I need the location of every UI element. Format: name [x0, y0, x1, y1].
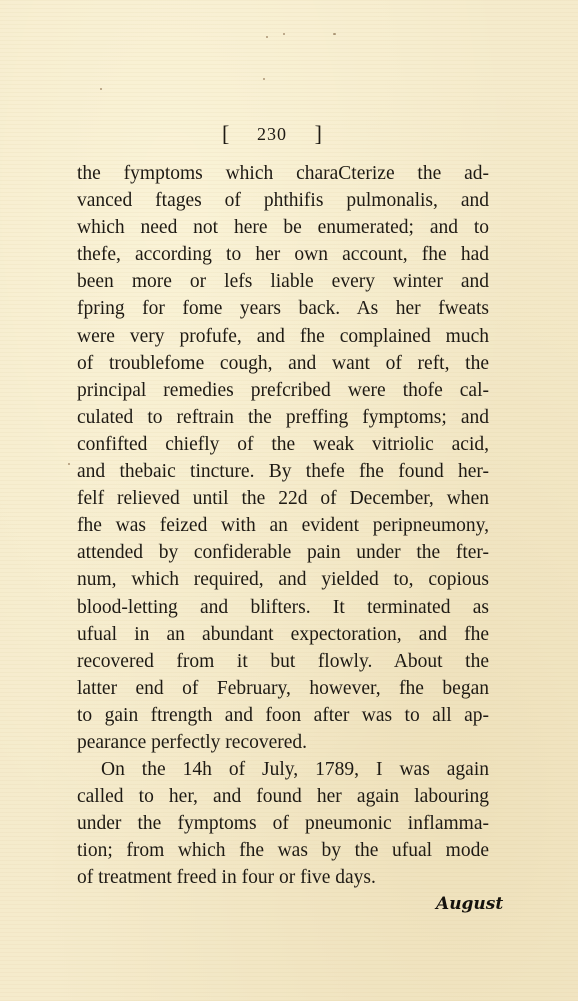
text-line: been more or lefs liable every winter an… — [77, 268, 489, 295]
text-line: to gain ftrength and foon after was to a… — [77, 702, 489, 729]
text-line: latter end of February, however, fhe beg… — [77, 675, 489, 702]
paper-speck — [333, 33, 336, 35]
text-line: which need not here be enumerated; and t… — [77, 214, 489, 241]
paragraph-2: On the 14h of July, 1789, I was again ca… — [77, 756, 489, 891]
page-number: [ 230 ] — [222, 119, 322, 149]
text-line: of treatment freed in four or five days. — [77, 864, 489, 891]
text-line: tion; from which fhe was by the ufual mo… — [77, 837, 489, 864]
text-line: pearance perfectly recovered. — [77, 729, 489, 756]
text-line: felf relieved until the 22d of December,… — [77, 485, 489, 512]
text-line: vanced ftages of phthifis pulmonalis, an… — [77, 187, 489, 214]
text-line: and thebaic tincture. By thefe fhe found… — [77, 458, 489, 485]
paper-speck — [100, 88, 102, 90]
text-line: On the 14h of July, 1789, I was again — [77, 756, 489, 783]
text-line: blood-letting and blifters. It terminate… — [77, 594, 489, 621]
text-line: were very profufe, and fhe complained mu… — [77, 323, 489, 350]
text-line: under the fymptoms of pneumonic inflamma… — [77, 810, 489, 837]
text-line: ufual in an abundant expectoration, and … — [77, 621, 489, 648]
paper-speck — [68, 463, 70, 465]
text-line: culated to reftrain the preffing fymptom… — [77, 404, 489, 431]
text-line: num, which required, and yielded to, cop… — [77, 566, 489, 593]
text-line: principal remedies prefcribed were thofe… — [77, 377, 489, 404]
paper-speck — [263, 78, 265, 80]
text-line: attended by confiderable pain under the … — [77, 539, 489, 566]
paper-speck — [266, 36, 268, 38]
text-line: thefe, according to her own account, fhe… — [77, 241, 489, 268]
paragraph-1: the fymptoms which charaCterize the ad- … — [77, 160, 489, 756]
book-page: [ 230 ] the fymptoms which charaCterize … — [0, 0, 578, 1001]
text-line: of troublefome cough, and want of reft, … — [77, 350, 489, 377]
text-line: recovered from it but flowly. About the — [77, 648, 489, 675]
page-number-value: 230 — [257, 119, 287, 149]
text-line: called to her, and found her again labou… — [77, 783, 489, 810]
paper-speck — [283, 33, 285, 35]
text-line: confifted chiefly of the weak vitriolic … — [77, 431, 489, 458]
catchword: August — [436, 894, 503, 914]
text-line: fpring for fome years back. As her fweat… — [77, 295, 489, 322]
body-text: the fymptoms which charaCterize the ad- … — [77, 160, 489, 892]
text-line: fhe was feized with an evident peripneum… — [77, 512, 489, 539]
text-line: the fymptoms which charaCterize the ad- — [77, 160, 489, 187]
page-number-close-bracket: ] — [315, 119, 322, 149]
page-number-open-bracket: [ — [222, 119, 229, 149]
